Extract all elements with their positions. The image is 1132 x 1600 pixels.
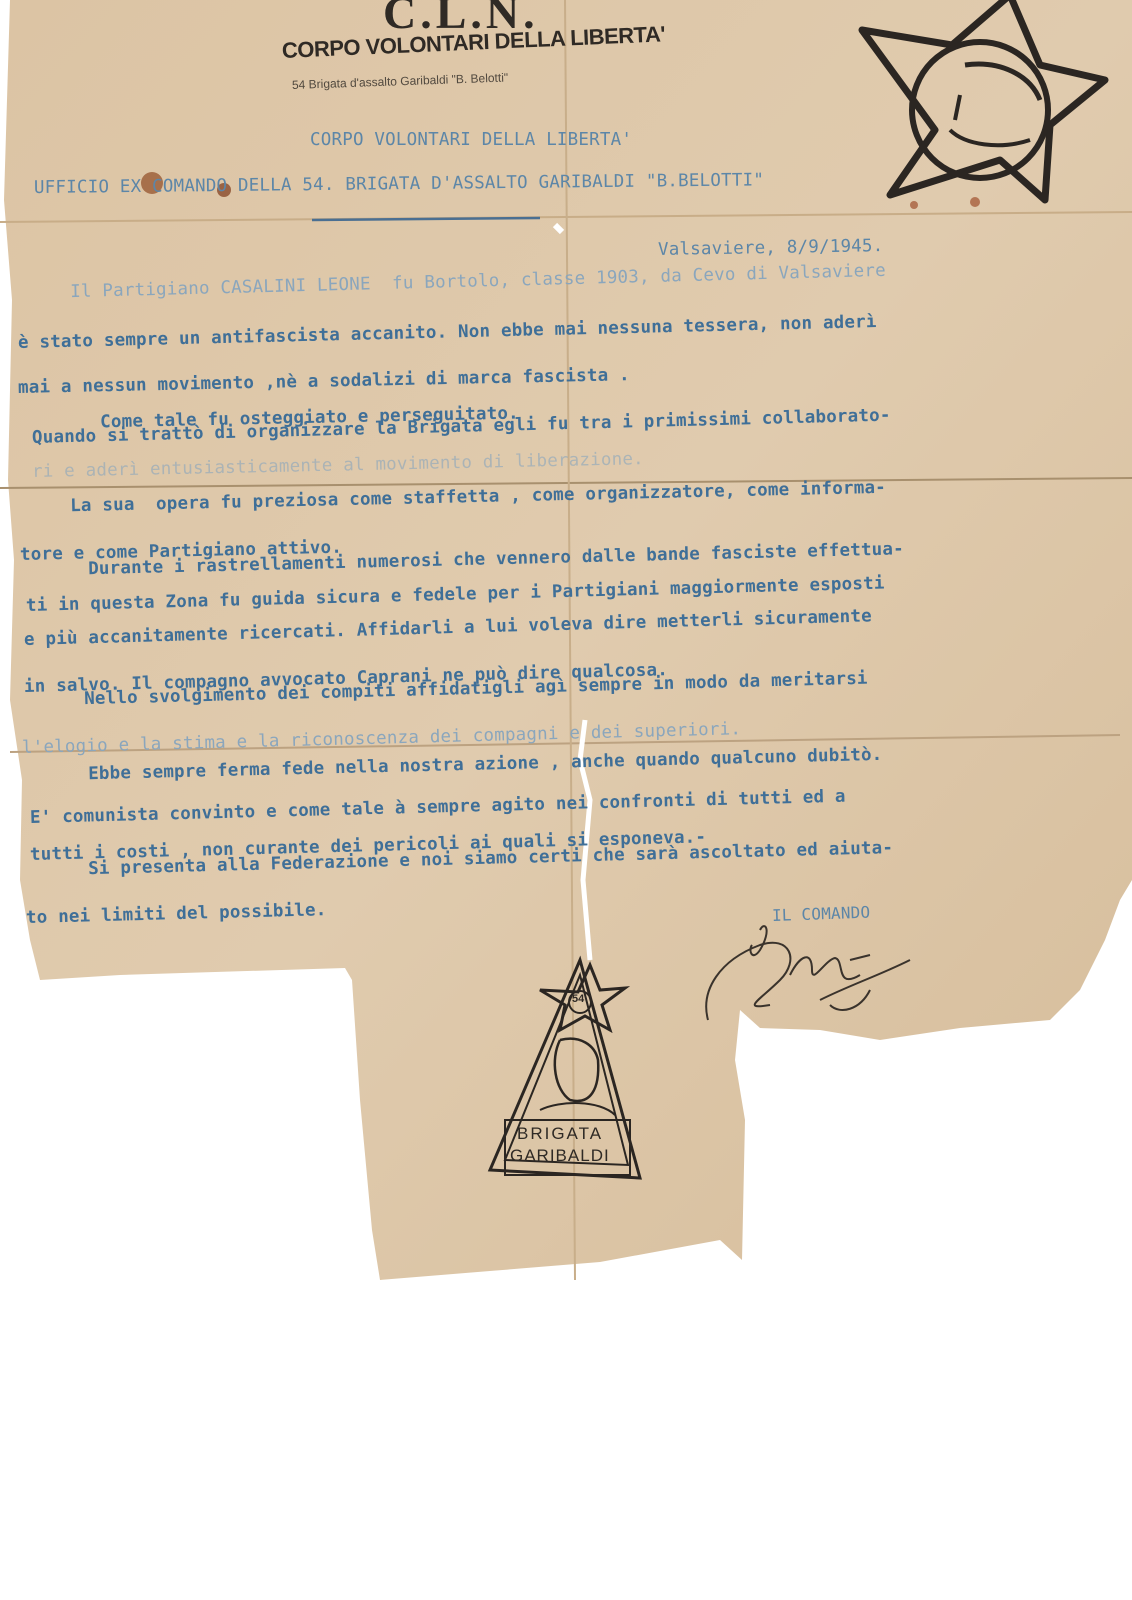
seal-text-brigata: BRIGATA <box>517 1124 603 1144</box>
seal-number: 54 <box>572 993 584 1005</box>
closing-il-comando: IL COMANDO <box>772 903 871 925</box>
letterhead-line-1: CORPO VOLONTARI DELLA LIBERTA' <box>310 130 632 150</box>
seal-text-garibaldi: GARIBALDI <box>510 1146 610 1166</box>
place-date: Valsaviere, 8/9/1945. <box>658 236 884 260</box>
